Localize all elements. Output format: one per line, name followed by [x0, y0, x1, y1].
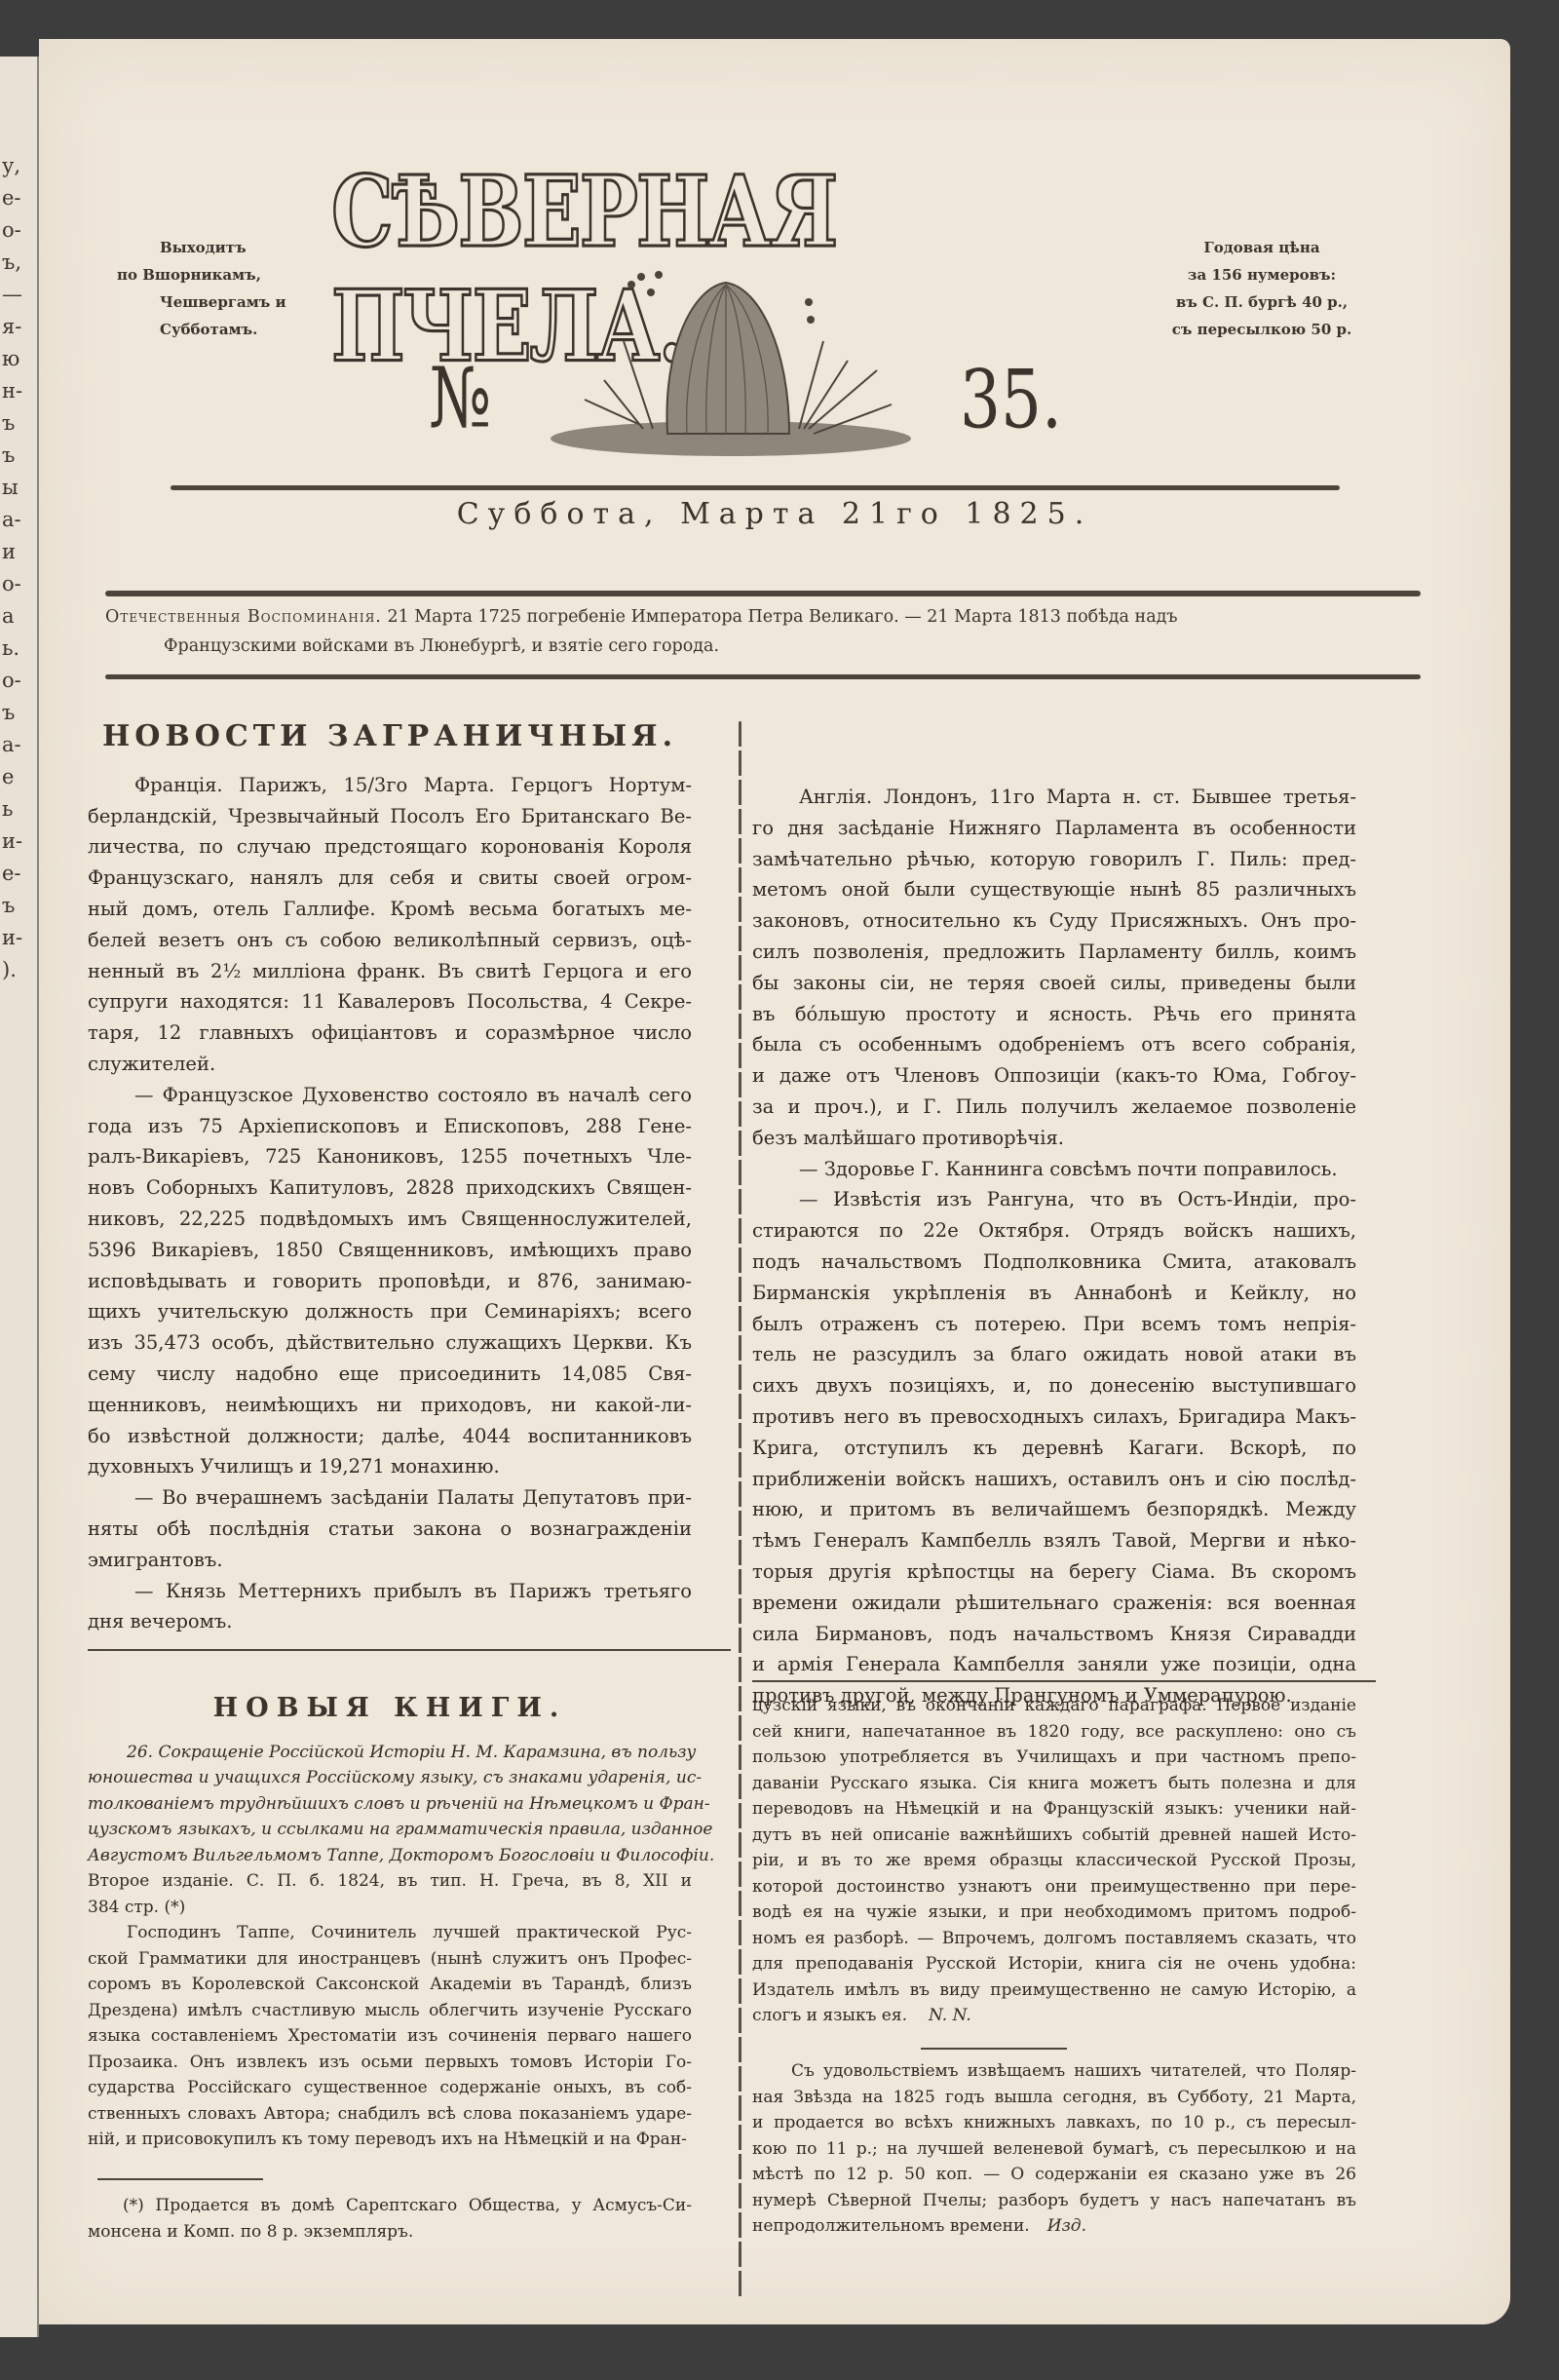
text-line: таря, 12 главныхъ офиціантовъ и соразмѣр… — [88, 1017, 692, 1049]
text-line: новъ Соборныхъ Капитуловъ, 2828 приходск… — [88, 1172, 692, 1204]
text-line: кою по 11 р.; на лучшей веленевой бумагѣ… — [752, 2136, 1356, 2163]
text-line: юношества и учащихся Россійскому языку, … — [88, 1765, 692, 1791]
text-line: Съ удовольствіемъ извѣщаемъ нашихъ читат… — [752, 2058, 1356, 2085]
text-line: Бирманскія укрѣпленія въ Аннабонѣ и Кейк… — [752, 1278, 1356, 1309]
text-line: была съ особеннымъ одобреніемъ отъ всего… — [752, 1029, 1356, 1060]
prev-page-text-fragment: е- — [2, 186, 21, 210]
section-heading-new-books: НОВЫЯ КНИГИ. — [88, 1696, 692, 1722]
text-line: го дня засѣданіе Нижняго Парламента въ о… — [752, 813, 1356, 844]
announcement-text: Съ удовольствіемъ извѣщаемъ нашихъ читат… — [752, 2058, 1356, 2240]
remembrance-text: 21 Марта 1725 погребеніе Императора Петр… — [387, 607, 1177, 627]
book-review: Второе изданіе. С. П. б. 1824, въ тип. Н… — [88, 1868, 692, 2153]
text-line: белей везетъ онъ съ собою великолѣпный с… — [88, 925, 692, 956]
new-books-right: цузскій языки, въ окончаніи каждаго пара… — [752, 1693, 1356, 2029]
publication-schedule: Выходитъ по Вшорникамъ, Чешвергамъ и Суб… — [117, 234, 292, 343]
prev-page-text-fragment: е — [2, 765, 14, 788]
column-end-rule — [88, 1649, 731, 1651]
text-line: ской Грамматики для иностранцевъ (нынѣ с… — [88, 1946, 692, 1973]
text-line: безъ малѣйшаго противорѣчія. — [752, 1123, 1356, 1154]
text-line: ній, и присовокупилъ къ тому переводъ их… — [88, 2127, 692, 2153]
text-line: дня вечеромъ. — [88, 1606, 692, 1637]
prev-page-text-fragment: о- — [2, 218, 21, 242]
issue-date: Суббота, Марта 21го 1825. — [39, 497, 1510, 531]
text-line: духовныхъ Училищъ и 19,271 монахиню. — [88, 1451, 692, 1482]
number-sign: № — [429, 351, 491, 447]
text-line: года изъ 75 Архіепископовъ и Епископовъ,… — [88, 1111, 692, 1142]
column-end-rule — [752, 1680, 1376, 1682]
previous-page-edge: у,е-о-ъ,—я-юн-ъъыа-ио-аь.о-ъа-еьи-е-ъи-)… — [0, 57, 39, 2337]
text-line: берландскій, Чрезвычайный Посолъ Его Бри… — [88, 801, 692, 832]
foreign-news-right: Англія. Лондонъ, 11го Марта н. ст. Бывше… — [752, 782, 1356, 1711]
text-line: Прозаика. Онъ извлекъ изъ осьми первыхъ … — [88, 2050, 692, 2076]
text-line: нюю, и притомъ въ величайшемъ безпорядкѣ… — [752, 1494, 1356, 1525]
remembrance-label: Отечественныя Воспоминанія. — [105, 607, 382, 627]
prev-page-text-fragment: ы — [2, 476, 19, 499]
text-line: за и проч.), и Г. Пиль получилъ желаемое… — [752, 1092, 1356, 1123]
text-line: противъ него въ превосходныхъ силахъ, Бр… — [752, 1401, 1356, 1433]
text-line: сихъ двухъ позиціяхъ, и, по донесенію вы… — [752, 1370, 1356, 1401]
editor-signature: Изд. — [1047, 2216, 1086, 2236]
polar-star-announcement: Съ удовольствіемъ извѣщаемъ нашихъ читат… — [752, 2058, 1356, 2240]
new-books-left: НОВЫЯ КНИГИ. 26. Сокращеніе Россійской И… — [88, 1696, 692, 2153]
prev-page-text-fragment: я- — [2, 315, 21, 338]
text-line: мѣстѣ по 12 р. 50 коп. — О содержаніи ея… — [752, 2162, 1356, 2188]
text-line: няты обѣ послѣднія статьи закона о возна… — [88, 1514, 692, 1545]
text-line: метомъ оной были существующіе нынѣ 85 ра… — [752, 874, 1356, 905]
prev-page-text-fragment: о- — [2, 572, 21, 595]
text-line: Дрездена) имѣлъ счастливую мысль облегчи… — [88, 1998, 692, 2024]
text-line: законовъ, относительно къ Суду Присяжных… — [752, 905, 1356, 937]
schedule-line: Выходитъ — [117, 234, 292, 261]
price-line: съ пересылкою 50 р. — [1140, 316, 1384, 343]
text-line: приближеніи войскъ нашихъ, оставилъ онъ … — [752, 1464, 1356, 1495]
prev-page-text-fragment: и- — [2, 926, 22, 949]
prev-page-text-fragment: ъ — [2, 443, 15, 467]
prev-page-text-fragment: н- — [2, 379, 22, 403]
author-signature: N. N. — [929, 2006, 971, 2025]
book-review-cont: цузскій языки, въ окончаніи каждаго пара… — [752, 1693, 1356, 2029]
text-line: 384 стр. (*) — [88, 1895, 692, 1921]
text-line: личества, по случаю предстоящаго коронов… — [88, 831, 692, 863]
text-line: переводовъ на Нѣмецкій и на Французскій … — [752, 1796, 1356, 1823]
text-line: изъ 35,473 особъ, дѣйствительно служащих… — [88, 1327, 692, 1359]
text-line: тѣмъ Генералъ Кампбелль взялъ Тавой, Мер… — [752, 1525, 1356, 1556]
text-line: Французскаго, нанялъ для себя и свиты св… — [88, 863, 692, 894]
text-line: никовъ, 22,225 подвѣдомыхъ имъ Священнос… — [88, 1204, 692, 1235]
price-line: Годовая цѣна — [1140, 234, 1384, 261]
text-line: бо извѣстной должности; далѣе, 4044 восп… — [88, 1421, 692, 1452]
text-line: Господинъ Таппе, Сочинитель лучшей практ… — [88, 1920, 692, 1946]
section-heading-foreign-news: НОВОСТИ ЗАГРАНИЧНЫЯ. — [88, 721, 692, 752]
text-line: исповѣдывать и говорить проповѣди, и 876… — [88, 1266, 692, 1297]
footnote-rule — [97, 2178, 263, 2180]
date-rule — [105, 591, 1421, 596]
text-line: щихъ учительскую должность при Семинарія… — [88, 1296, 692, 1327]
text-line: ралъ-Викаріевъ, 725 Канониковъ, 1255 поч… — [88, 1141, 692, 1172]
text-line: и продается во всѣхъ книжныхъ лавкахъ, п… — [752, 2110, 1356, 2136]
prev-page-text-fragment: ъ — [2, 411, 15, 435]
remembrance-text-cont: Французскими войсками въ Люнебургѣ, и вз… — [105, 632, 1421, 661]
text-line: 26. Сокращеніе Россійской Исторіи Н. М. … — [88, 1740, 692, 1766]
text-line: — Во вчерашнемъ засѣданіи Палаты Депутат… — [88, 1482, 692, 1514]
text-line: — Здоровье Г. Каннинга совсѣмъ почти поп… — [752, 1154, 1356, 1185]
text-line: соромъ въ Королевской Саксонской Академі… — [88, 1972, 692, 1998]
text-line: цузскомъ языкахъ, и ссылками на граммати… — [88, 1817, 692, 1843]
text-line: Второе изданіе. С. П. б. 1824, въ тип. Н… — [88, 1868, 692, 1895]
prev-page-text-fragment: и — [2, 540, 16, 563]
prev-page-text-fragment: — — [2, 283, 22, 306]
article-body: Франція. Парижъ, 15/3го Марта. Герцогъ Н… — [88, 770, 692, 1637]
text-line: времени ожидали рѣшительнаго сраженія: в… — [752, 1588, 1356, 1619]
text-line: сему числу надобно еще присоединить 14,0… — [88, 1359, 692, 1390]
beehive-emblem-icon — [546, 234, 935, 468]
text-line: стираются по 22е Октября. Отрядъ войскъ … — [752, 1215, 1356, 1247]
masthead-rule — [171, 485, 1340, 490]
text-line: — Извѣстія изъ Рангуна, что въ Остъ-Инді… — [752, 1184, 1356, 1215]
prev-page-text-fragment: у, — [2, 154, 20, 177]
footnote: (*) Продается въ домѣ Сарептскаго Общест… — [88, 2193, 692, 2246]
schedule-line: по Вшорникамъ, — [117, 261, 292, 288]
text-line: подъ начальствомъ Подполковника Смита, а… — [752, 1247, 1356, 1278]
prev-page-text-fragment: е- — [2, 862, 21, 885]
prev-page-text-fragment: и- — [2, 829, 22, 853]
text-line: ный домъ, отель Галлифе. Кромѣ весьма бо… — [88, 894, 692, 925]
text-line: слогъ и языкъ ея.N. N. — [752, 2003, 1356, 2029]
text-line: служителей. — [88, 1049, 692, 1080]
text-line: языка составленіемъ Хрестоматіи изъ сочи… — [88, 2023, 692, 2050]
text-line: тель не разсудилъ за благо ожидать новой… — [752, 1339, 1356, 1370]
book-title: 26. Сокращеніе Россійской Исторіи Н. М. … — [88, 1740, 692, 1869]
prev-page-text-fragment: ъ — [2, 894, 15, 917]
text-line: эмигрантовъ. — [88, 1545, 692, 1576]
text-line: ріи, и въ то же время образцы классическ… — [752, 1848, 1356, 1874]
schedule-line: Субботамъ. — [117, 316, 292, 343]
text-line: бы законы сіи, не теряя своей силы, прив… — [752, 968, 1356, 999]
text-line: Крига, отступилъ къ деревнѣ Кагаги. Вско… — [752, 1433, 1356, 1464]
text-line: пользою употребляется въ Училищахъ и при… — [752, 1745, 1356, 1771]
prev-page-text-fragment: ь — [2, 797, 13, 821]
text-line: сей книги, напечатанное въ 1820 году, вс… — [752, 1719, 1356, 1746]
text-line: (*) Продается въ домѣ Сарептскаго Общест… — [88, 2193, 692, 2219]
prev-page-text-fragment: ъ, — [2, 250, 21, 274]
article-body: Англія. Лондонъ, 11го Марта н. ст. Бывше… — [752, 782, 1356, 1711]
foreign-news-left: НОВОСТИ ЗАГРАНИЧНЫЯ. Франція. Парижъ, 15… — [88, 721, 692, 1637]
text-line: Августомъ Вильгельмомъ Таппе, Докторомъ … — [88, 1843, 692, 1869]
text-line: и армія Генерала Кампбелля заняли уже по… — [752, 1649, 1356, 1680]
text-line: толкованіемъ труднѣйшихъ словъ и рѣченій… — [88, 1791, 692, 1818]
text-line: — Французское Духовенство состояло въ на… — [88, 1080, 692, 1111]
text-line: водѣ ея на чужіе языки, и при необходимо… — [752, 1900, 1356, 1926]
text-line: нумерѣ Сѣверной Пчелы; разборъ будетъ у … — [752, 2188, 1356, 2214]
text-line: монсена и Комп. по 8 р. экземпляръ. — [88, 2219, 692, 2246]
prev-page-text-fragment: ь. — [2, 636, 19, 660]
text-line: Англія. Лондонъ, 11го Марта н. ст. Бывше… — [752, 782, 1356, 813]
text-line: сила Бирмановъ, подъ начальствомъ Князя … — [752, 1619, 1356, 1650]
text-line: въ бóльшую простоту и ясность. Рѣчь его … — [752, 999, 1356, 1030]
price-line: за 156 нумеровъ: — [1140, 261, 1384, 288]
text-line: — Князь Меттернихъ прибылъ въ Парижъ тре… — [88, 1576, 692, 1607]
text-line: силъ позволенія, предложить Парламенту б… — [752, 937, 1356, 968]
price-line: въ С. П. бургѣ 40 р., — [1140, 288, 1384, 316]
text-line: ная Звѣзда на 1825 годъ вышла сегодня, в… — [752, 2085, 1356, 2111]
text-line: даваніи Русскаго языка. Сія книга можетъ… — [752, 1771, 1356, 1797]
subscription-price: Годовая цѣна за 156 нумеровъ: въ С. П. б… — [1140, 234, 1384, 343]
prev-page-text-fragment: а- — [2, 733, 21, 756]
text-line: Издатель имѣлъ въ виду преимущественно н… — [752, 1977, 1356, 2004]
text-line: былъ отраженъ съ потерею. При всемъ томъ… — [752, 1309, 1356, 1340]
text-line: которой достоинство узнаютъ они преимуще… — [752, 1874, 1356, 1900]
text-line: ственныхъ словахъ Автора; снабдилъ всѣ с… — [88, 2101, 692, 2128]
national-remembrances: Отечественныя Воспоминанія. 21 Марта 172… — [105, 602, 1421, 661]
text-line: непродолжительномъ времени.Изд. — [752, 2213, 1356, 2240]
text-line: Франція. Парижъ, 15/3го Марта. Герцогъ Н… — [88, 770, 692, 801]
text-line: дутъ въ ней описаніе важнѣйшихъ событій … — [752, 1823, 1356, 1849]
section-rule — [105, 674, 1421, 679]
text-line: 5396 Викаріевъ, 1850 Священниковъ, имѣющ… — [88, 1235, 692, 1266]
prev-page-text-fragment: о- — [2, 669, 21, 692]
text-line: номъ ея разборѣ. — Впрочемъ, долгомъ пос… — [752, 1926, 1356, 1952]
text-line: цузскій языки, въ окончаніи каждаго пара… — [752, 1693, 1356, 1719]
text-line: сударства Россійскаго существенное содер… — [88, 2075, 692, 2101]
prev-page-text-fragment: а- — [2, 508, 21, 531]
text-line: торыя другія крѣпостцы на берегу Сіама. … — [752, 1556, 1356, 1588]
text-line: ненный въ 2½ милліона франк. Въ свитѣ Ге… — [88, 956, 692, 987]
text-line: для преподаванія Русской Исторіи, книга … — [752, 1951, 1356, 1977]
prev-page-text-fragment: ъ — [2, 701, 15, 724]
text-line: замѣчательно рѣчью, которую говорилъ Г. … — [752, 844, 1356, 875]
issue-number: 35. — [960, 353, 1062, 446]
text-line: супруги находятся: 11 Кавалеровъ Посольс… — [88, 986, 692, 1017]
schedule-line: Чешвергамъ и — [117, 288, 292, 316]
prev-page-text-fragment: ю — [2, 347, 19, 370]
newspaper-page: СѢВЕРНАЯ ПЧЕЛА. Выходитъ по Вшорникамъ, … — [39, 39, 1510, 2324]
prev-page-text-fragment: ). — [2, 958, 17, 981]
prev-page-text-fragment: а — [2, 604, 15, 628]
text-line: и даже отъ Членовъ Оппозиціи (какъ-то Юм… — [752, 1060, 1356, 1092]
announcement-rule — [921, 2048, 1067, 2050]
column-divider — [739, 721, 741, 2300]
text-line: щенниковъ, неимѣющихъ ни приходовъ, ни к… — [88, 1390, 692, 1421]
